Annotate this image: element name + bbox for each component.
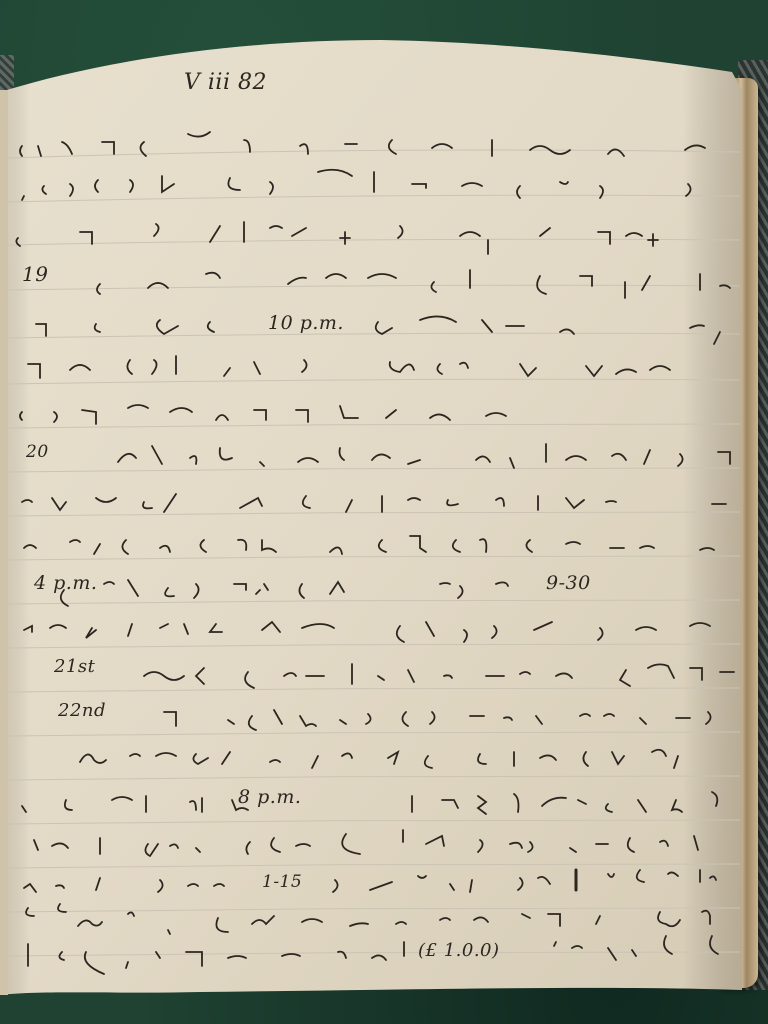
time-930: 9-30	[546, 572, 591, 594]
page-artwork	[0, 0, 768, 1024]
date-22nd: 22nd	[58, 700, 106, 721]
page-header: V iii 82	[184, 70, 267, 95]
time-115: 1-15	[262, 872, 302, 892]
time-8pm: 8 p.m.	[238, 786, 301, 808]
time-10pm: 10 p.m.	[268, 312, 344, 334]
time-4pm: 4 p.m.	[34, 572, 97, 594]
date-21st: 21st	[54, 656, 95, 677]
notebook-page: V iii 82 19 10 p.m. 20 4 p.m. 9-30 21st …	[0, 0, 768, 1024]
date-19: 19	[22, 262, 48, 286]
date-20: 20	[26, 442, 49, 462]
amount-pounds: (£ 1.0.0)	[418, 940, 500, 961]
